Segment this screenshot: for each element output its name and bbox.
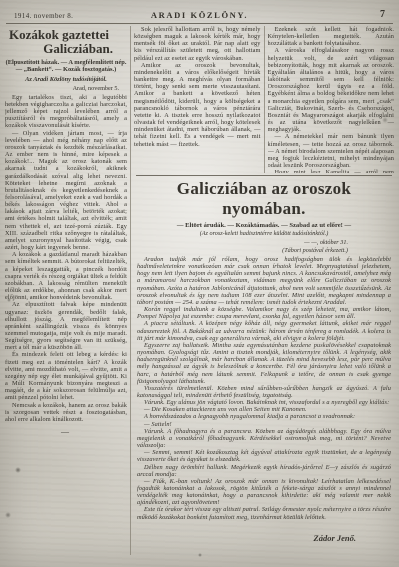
article-galicziaban: Galicziában az oroszok nyomában. — Eltör… <box>134 177 394 543</box>
paragraph: — Satteln! <box>137 421 391 428</box>
paragraph: Várunk. Egy ulánus jön vágtató lovon. Ba… <box>137 399 391 406</box>
column-divider <box>130 26 131 555</box>
header-rule <box>6 23 393 24</box>
masthead-title: ARADI KÖZLÖNY. <box>134 10 265 20</box>
paragraph: Korán reggel indultunk a községbe. Valam… <box>137 306 391 320</box>
paragraph: Aradon tudják már jól rólam, hogy orosz … <box>137 256 391 306</box>
article1-title: Kozákok gaztettei Galicziában. <box>5 26 127 56</box>
article2-body: Aradon tudják már jól rólam, hogy orosz … <box>134 254 394 530</box>
article2-header: Galicziában az oroszok nyomában. — Eltör… <box>134 179 394 237</box>
paragraph: Ezeknek szót kellett hát fogadniok. Kény… <box>268 26 395 47</box>
paragraph: Egyszerre zaj hallatszik. Mintha száz eg… <box>137 342 391 385</box>
page-number: 7 <box>265 9 385 20</box>
page-header: 1914. november 8. ARADI KÖZLÖNY. 7 <box>0 0 399 22</box>
column-divider <box>264 26 265 173</box>
paragraph: És mindezek felett ott lebeg a kérdés: k… <box>5 351 127 401</box>
article1-subtitle: (Elpusztított házak. — A megfélemlített … <box>5 59 127 74</box>
newspaper-page: 1914. november 8. ARADI KÖZLÖNY. 7 Kozák… <box>0 0 399 567</box>
article2-subtitle: — Eltört árudák. — Kozáktámadás. — Szaba… <box>134 222 394 229</box>
article1-dateline: Arad, november 5. <box>5 85 127 92</box>
article2-signature: Zádor Jenő. <box>134 533 394 543</box>
paragraph: — Fiúk, K.-ban voltunk! Az oroszok már o… <box>137 478 391 507</box>
article1-byline: Az Aradi Közlöny tudósítójától. <box>5 76 127 83</box>
right-section: Sok jelesről hallottam arról is, hogy né… <box>134 26 394 558</box>
paragraph: Este tíz órakor tért vissza egy altiszti… <box>137 506 391 520</box>
paragraph: Egy tartalékos tiszt, aki a legutóbbi he… <box>5 94 127 130</box>
paragraph: Sok jelesről hallottam arról is, hogy né… <box>134 26 261 62</box>
article2-headline: Galicziában az oroszok nyomában. <box>134 179 394 219</box>
paragraph: — A németekkel már nem bánunk ilyen kímé… <box>268 133 395 169</box>
paragraph: A városka elfoglalásakor nagyon rossz he… <box>268 47 395 133</box>
paragraph: — Olyan vidéken jártam most, — írja leve… <box>5 130 127 252</box>
issue-date: 1914. november 8. <box>14 12 134 20</box>
paragraph: Nemcsak a kozákok, hanem az orosz bakák … <box>5 402 127 423</box>
article-kozakok: Kozákok gaztettei Galicziában. (Elpusztí… <box>5 26 127 558</box>
paragraph: Amikor az oroszok bevonultak, mindenekel… <box>134 62 261 148</box>
article2-dateline-note: (Tábori postával érkezett.) <box>134 247 348 255</box>
article2-byline: (Az orosz-keleti hadiszintérre küldött t… <box>134 230 394 237</box>
article2-dateline-place: — —, október 31. <box>134 239 348 247</box>
article2-dateline: — —, október 31. (Tábori postával érkeze… <box>134 239 394 254</box>
article1-title-line1: Kozákok gaztettei <box>5 28 127 42</box>
article-end-mark: — <box>5 427 127 436</box>
paragraph: Visszatérés türelmetlenül. Közben mind s… <box>137 385 391 399</box>
paragraph: Délben nagy örömhírt hallunk. Megérkezik… <box>137 464 391 478</box>
paragraph: Várunk. A főhadnagyra és a parancsra. Kö… <box>137 428 391 449</box>
section-rule <box>136 175 392 176</box>
columns-container: Kozákok gaztettei Galicziában. (Elpusztí… <box>0 24 399 558</box>
article1-title-line2: Galicziában. <box>5 42 127 56</box>
continuation-column-1: Sok jelesről hallottam arról is, hogy né… <box>134 26 261 173</box>
paragraph: A honvédszázados a legnagyobb nyugalomma… <box>137 413 391 420</box>
paragraph: A kozákok a gazdátlanul maradt házakban … <box>5 251 127 301</box>
paragraph: — Die Kosaken attackieren uns von allen … <box>137 406 391 413</box>
paragraph: Az elpusztított falvak képe mindenütt ug… <box>5 301 127 351</box>
paragraph: A piacra sétáltunk. A középen négy kőház… <box>137 320 391 341</box>
paragraph: Hogy mint lesz Kamelita — arról nem besz… <box>268 169 395 173</box>
article1-continuation: Sok jelesről hallottam arról is, hogy né… <box>134 26 394 173</box>
paragraph: — Semmi, semmi! Két kozákosztag két ágyú… <box>137 449 391 463</box>
continuation-column-2: Ezeknek szót kellett hát fogadniok. Kény… <box>268 26 395 173</box>
